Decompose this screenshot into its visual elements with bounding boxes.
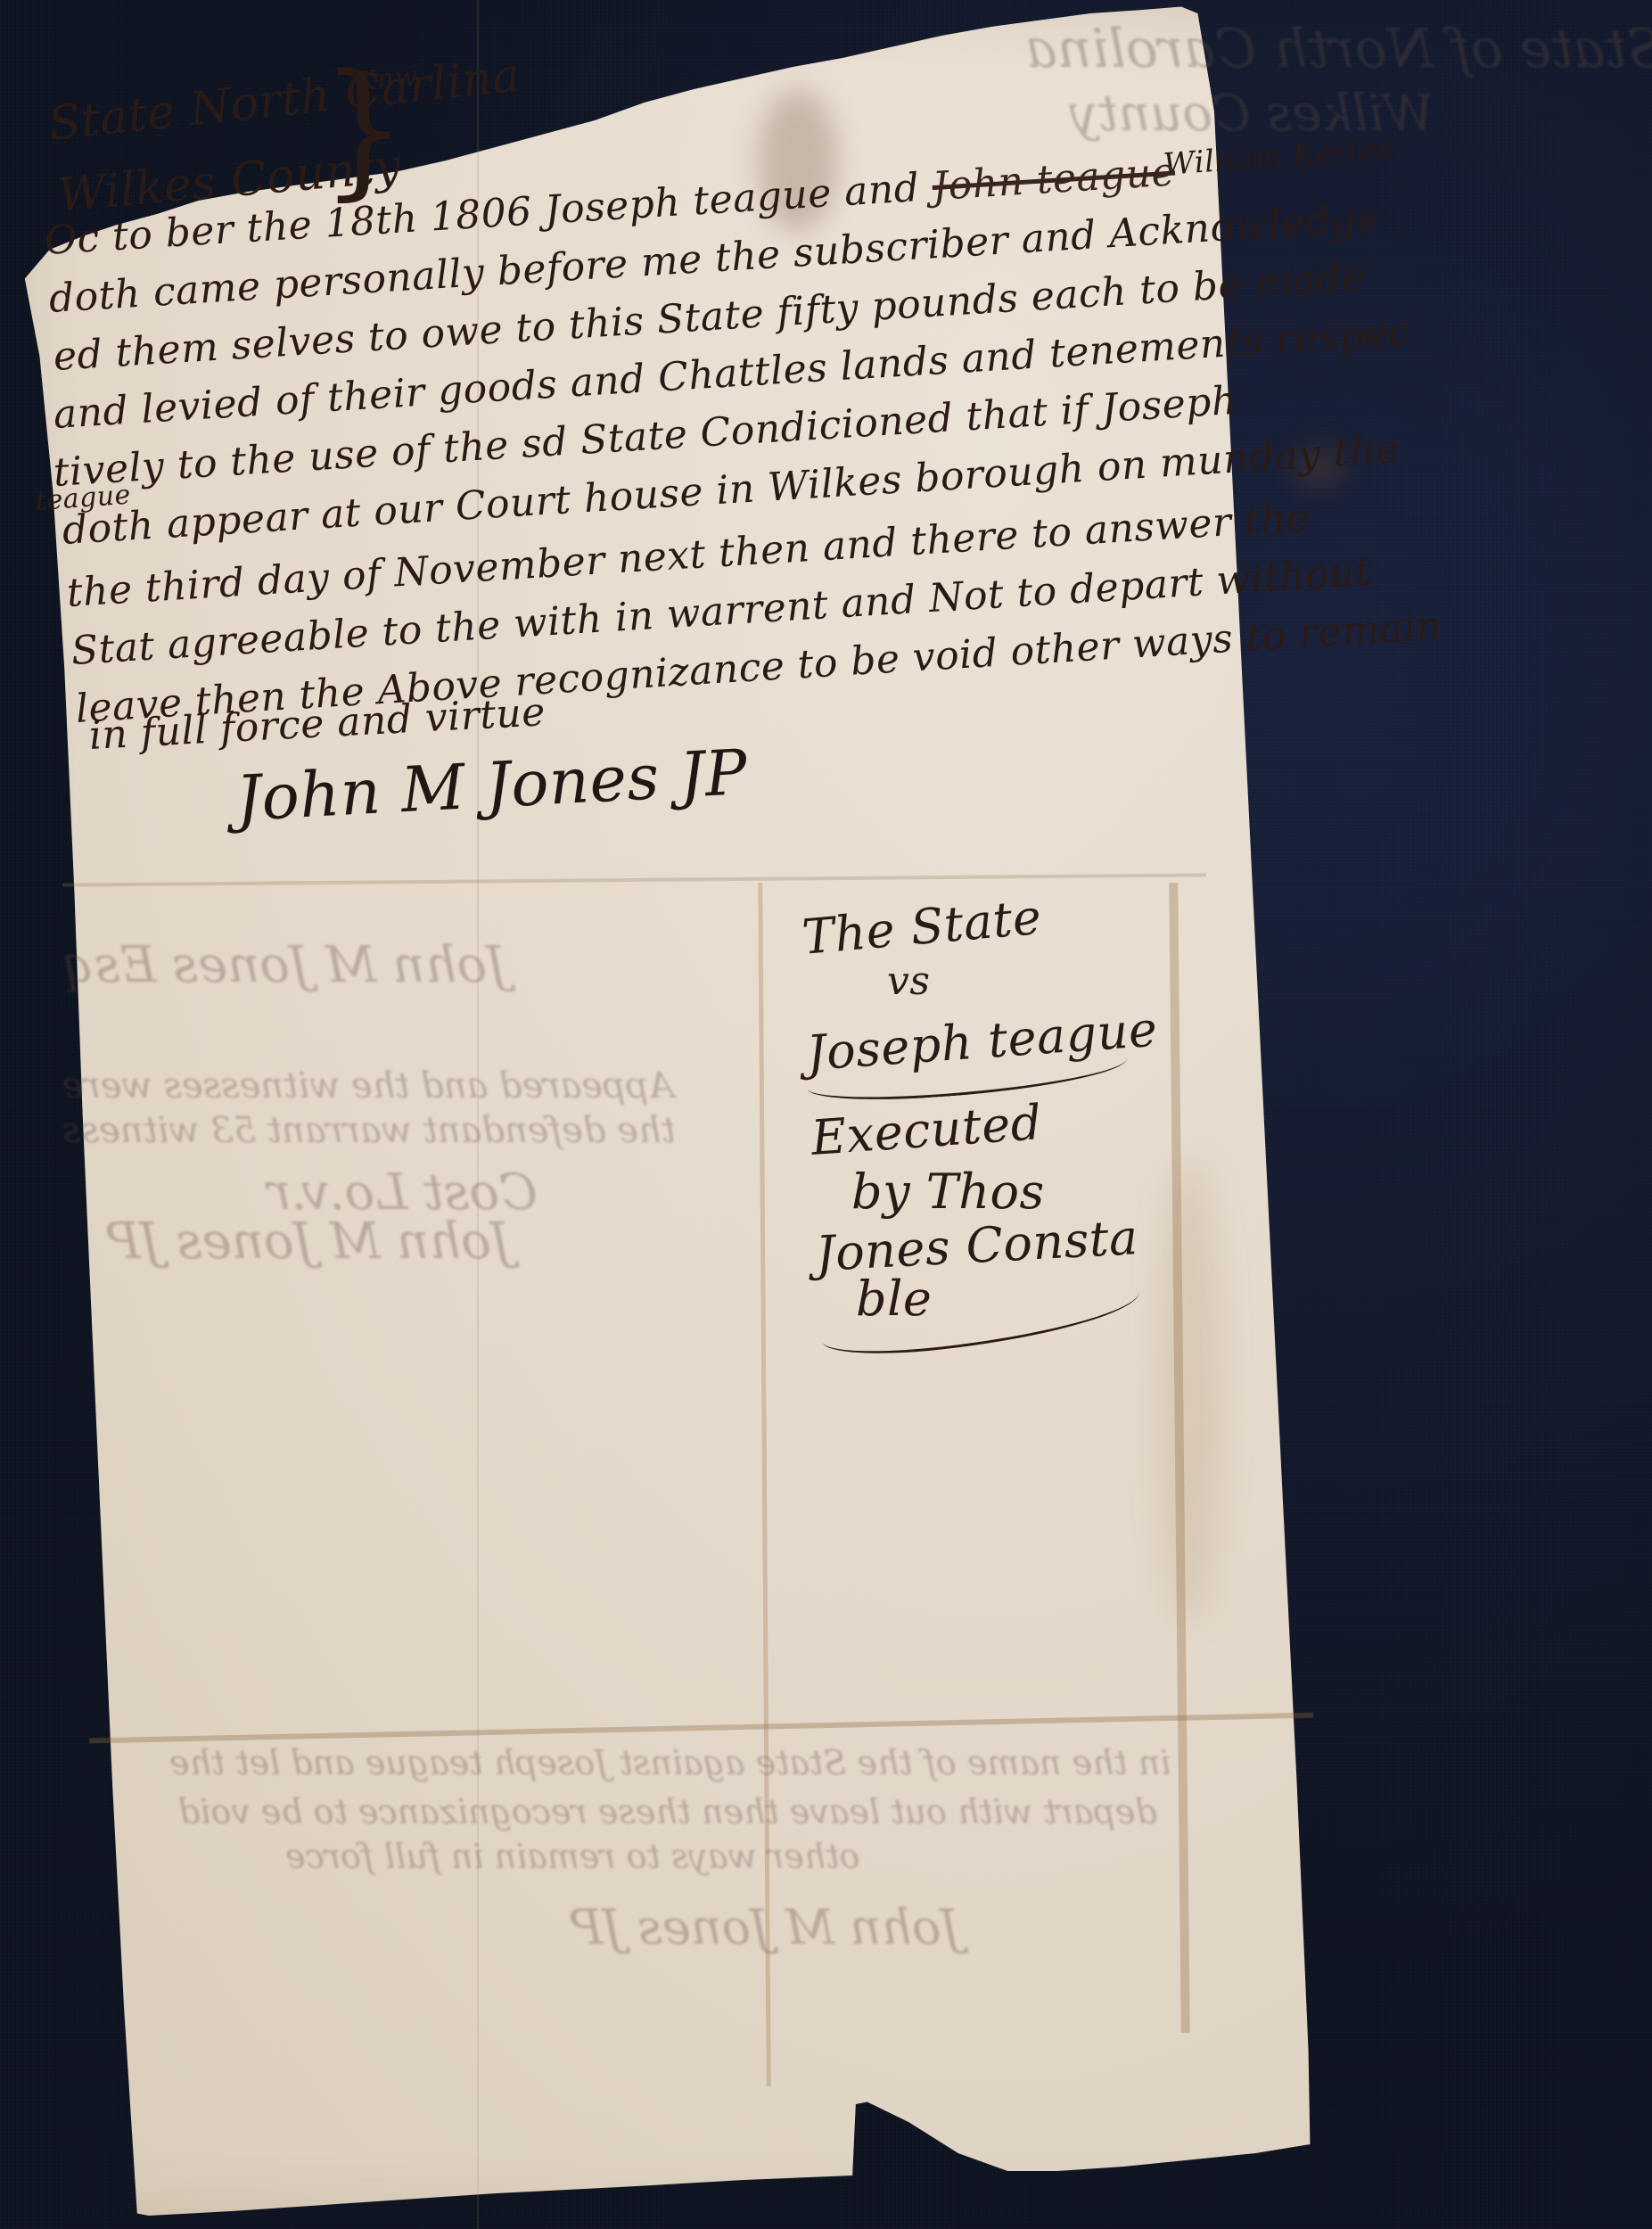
docket-line: vs [887, 958, 930, 1004]
bleed-fragment: John M Jones JP [107, 1213, 511, 1271]
docket-line: by Thos [851, 1164, 1045, 1220]
margin-note: Knw [355, 61, 419, 98]
heading-state: State North Carlina [46, 49, 523, 152]
bleed-fragment: John M Jones JP [571, 1899, 960, 1955]
water-stain [1159, 1159, 1221, 1623]
bleed-fragment: Appeared and the witnesses were [62, 1065, 674, 1106]
bleed-fragment: the defendant warrant 53 witness [62, 1110, 676, 1151]
bleed-fragment: State of North Carolina [1025, 18, 1652, 80]
bleed-fragment: other ways to remain in full force [285, 1837, 859, 1876]
bleed-fragment: John M Jones Esq [62, 936, 507, 994]
bleed-fragment: depart with out leave then these recogni… [178, 1792, 1157, 1831]
bleed-fragment: in the name of the State against Joseph … [169, 1743, 1171, 1782]
